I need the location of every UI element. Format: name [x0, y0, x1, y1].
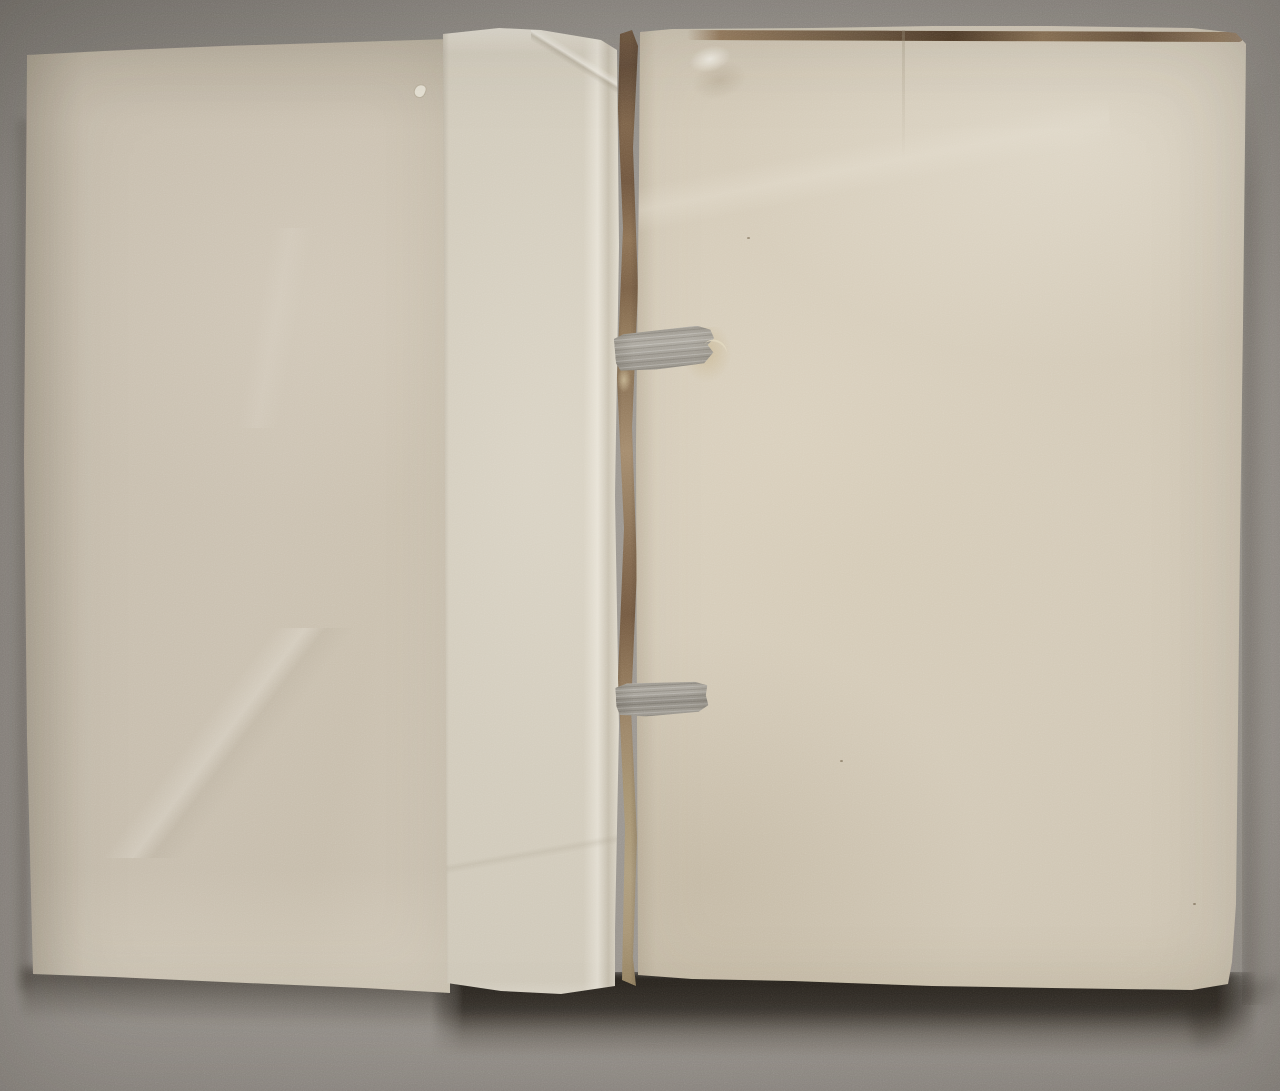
- right-page: [632, 24, 1250, 996]
- paper-speck: [747, 237, 750, 239]
- paper-speck: [840, 760, 843, 762]
- paper-speck: [1193, 903, 1196, 905]
- left-page-corner-mark: [412, 82, 428, 99]
- left-page: [24, 38, 450, 994]
- right-page-diagonal-crease: [627, 63, 1118, 266]
- right-page-vertical-crease: [902, 30, 905, 160]
- flap-top-fold-crease: [531, 30, 623, 94]
- flap-lower-crease: [441, 822, 619, 886]
- photo-of-open-antique-book: [0, 0, 1280, 1091]
- right-page-toned-top-edge: [687, 30, 1243, 42]
- left-page-crease-upper: [134, 228, 414, 428]
- middle-flap: [441, 26, 619, 998]
- shadow-right-edge: [1242, 80, 1272, 1005]
- left-page-crease-lower: [64, 628, 394, 858]
